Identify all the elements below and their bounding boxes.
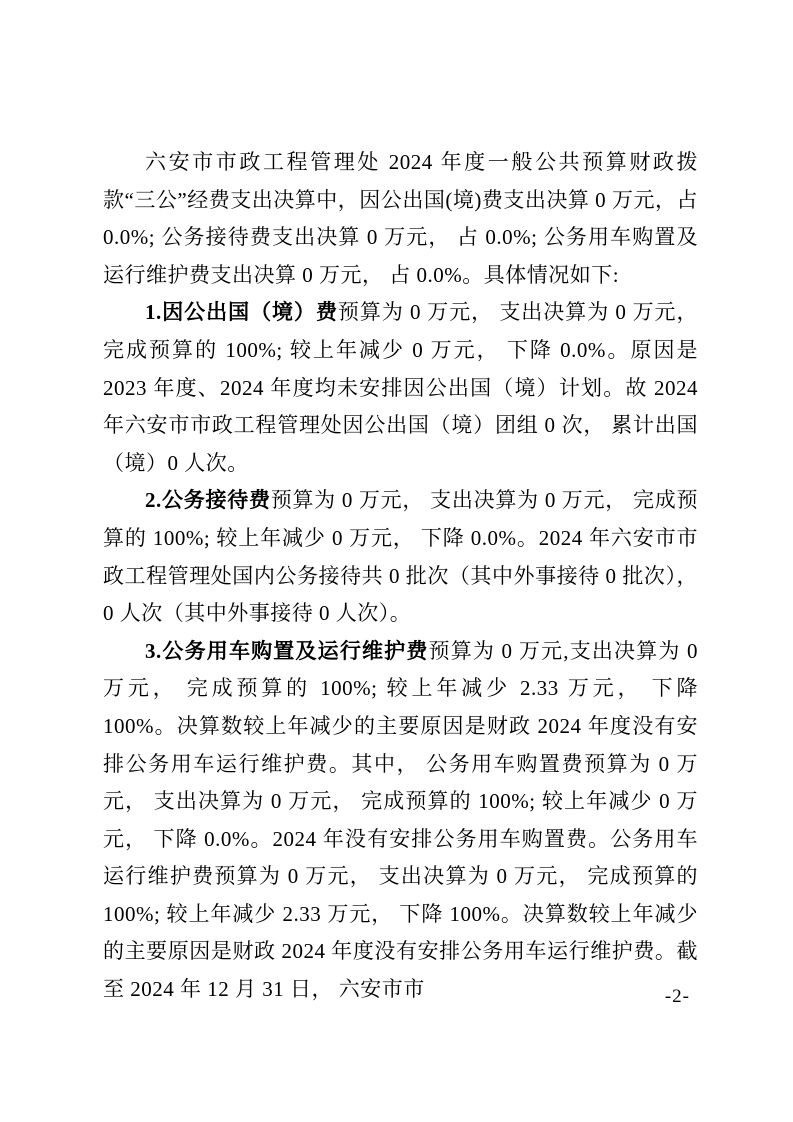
document-page: 六安市市政工程管理处 2024 年度一般公共预算财政拨款“三公”经费支出决算中，… xyxy=(0,0,793,1122)
intro-paragraph: 六安市市政工程管理处 2024 年度一般公共预算财政拨款“三公”经费支出决算中，… xyxy=(103,144,698,294)
document-body: 六安市市政工程管理处 2024 年度一般公共预算财政拨款“三公”经费支出决算中，… xyxy=(103,144,698,1009)
official-vehicle-paragraph-text: 预算为 0 万元,支出决算为 0 万元， 完成预算的 100%; 较上年减少 2… xyxy=(103,639,698,1001)
overseas-trips-paragraph: 1.因公出国（境）费预算为 0 万元， 支出决算为 0 万元， 完成预算的 10… xyxy=(103,294,698,482)
official-vehicle-paragraph-lead: 3.公务用车购置及运行维护费 xyxy=(145,639,429,663)
intro-paragraph-text: 六安市市政工程管理处 2024 年度一般公共预算财政拨款“三公”经费支出决算中，… xyxy=(103,150,698,287)
official-reception-paragraph-lead: 2.公务接待费 xyxy=(145,488,271,512)
official-vehicle-paragraph: 3.公务用车购置及运行维护费预算为 0 万元,支出决算为 0 万元， 完成预算的… xyxy=(103,633,698,1009)
overseas-trips-paragraph-text: 预算为 0 万元， 支出决算为 0 万元， 完成预算的 100%; 较上年减少 … xyxy=(103,300,698,474)
official-reception-paragraph: 2.公务接待费预算为 0 万元， 支出决算为 0 万元， 完成预算的 100%;… xyxy=(103,482,698,632)
overseas-trips-paragraph-lead: 1.因公出国（境）费 xyxy=(145,300,338,324)
page-number: -2- xyxy=(665,986,690,1008)
